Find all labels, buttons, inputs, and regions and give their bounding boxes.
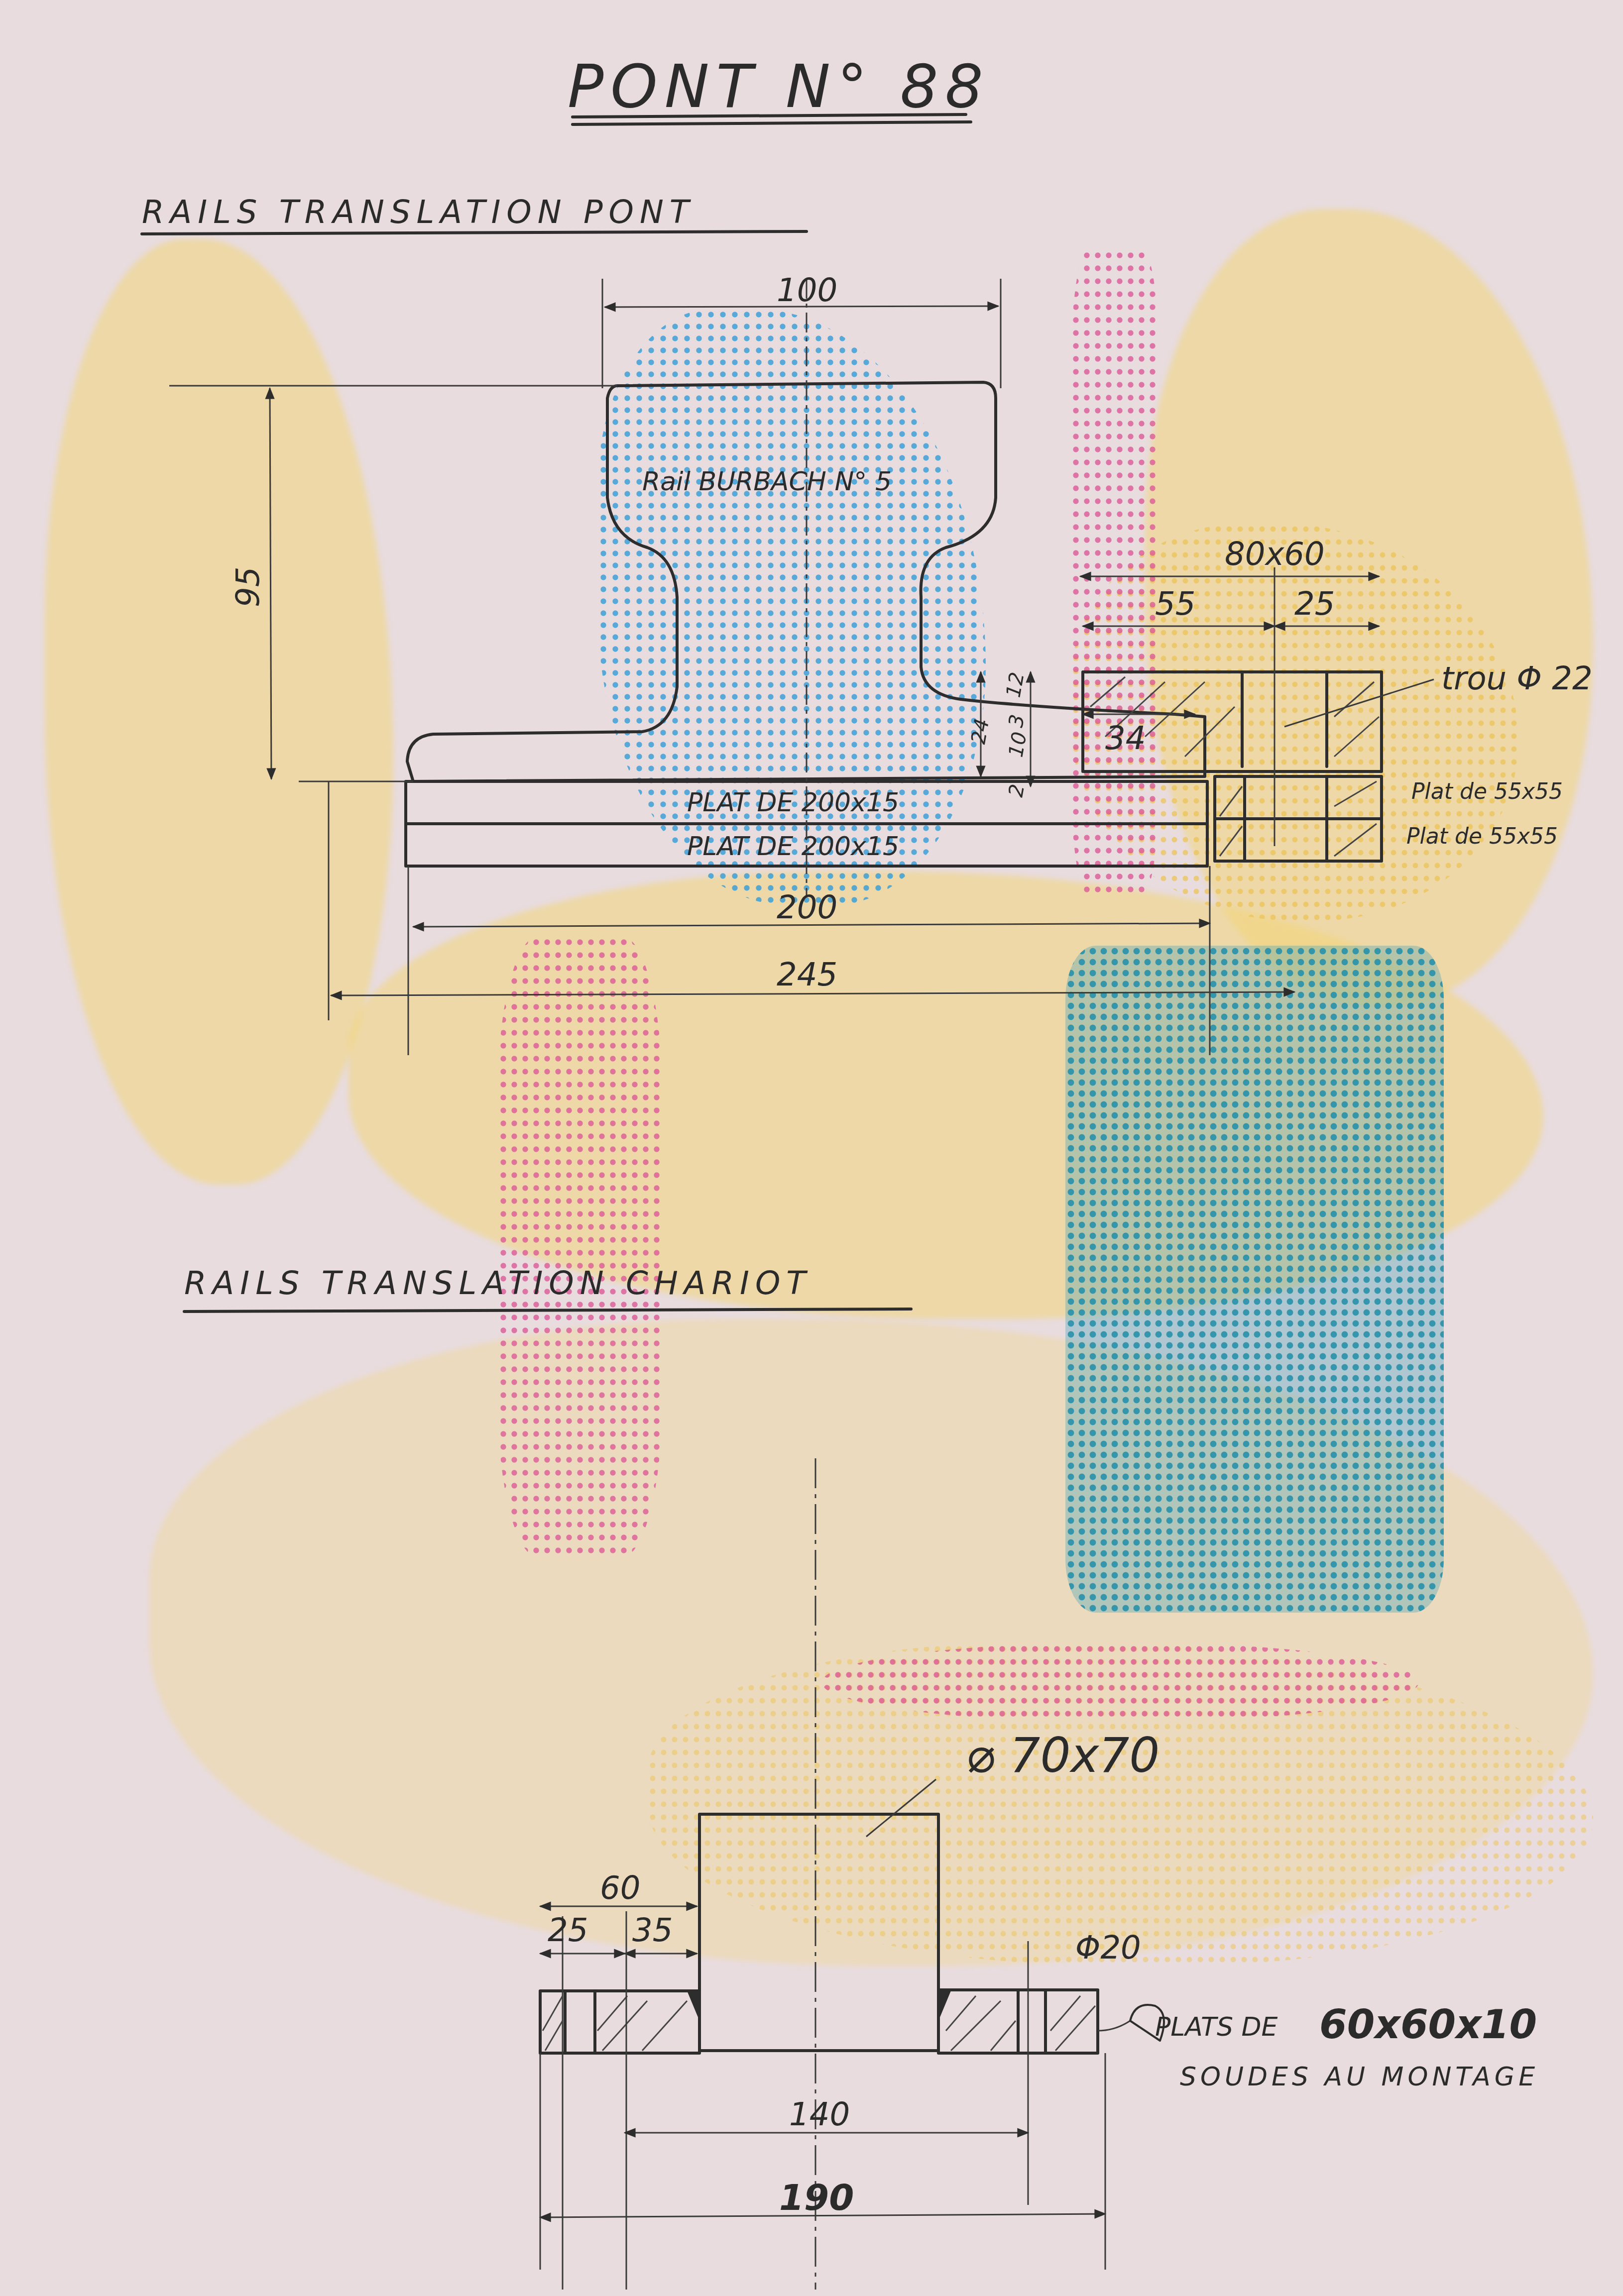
callout-plates-size: 60x60x10 xyxy=(1319,2001,1537,2048)
dim-height: 95 xyxy=(230,567,267,607)
drawing-title: PONT N° 88 xyxy=(568,52,990,121)
callout-plat-2: Plat de 55x55 xyxy=(1406,824,1558,849)
dim-plate-width: 200 xyxy=(777,889,837,926)
dim-2: 2 xyxy=(1005,782,1030,799)
plate-label-2: PLAT DE 200x15 xyxy=(687,832,899,862)
dim-24: 24 xyxy=(967,717,994,746)
rail-label: Rail BURBACH N° 5 xyxy=(642,467,892,497)
section-heading-pont: RAILS TRANSLATION PONT xyxy=(142,194,695,231)
dim-clip-size: 80x60 xyxy=(1225,536,1325,573)
dim-clip-right: 25 xyxy=(1294,586,1335,623)
callout-welding-note: SOUDES AU MONTAGE xyxy=(1180,2062,1539,2092)
dim-3: 3 xyxy=(1005,713,1030,729)
dim-clip-left: 55 xyxy=(1155,586,1195,623)
technical-drawing: PONT N° 88 RAILS TRANSLATION PONT Rail B… xyxy=(0,0,1623,2296)
dim-overall-width-chariot: 190 xyxy=(779,2177,854,2218)
dim-bar-size: ⌀ 70x70 xyxy=(966,1728,1159,1783)
dim-inner-width: 140 xyxy=(789,2096,850,2133)
plate-label-1: PLAT DE 200x15 xyxy=(687,788,899,818)
dim-flange-right: 35 xyxy=(632,1912,673,1949)
drawing-sheet: PONT N° 88 RAILS TRANSLATION PONT Rail B… xyxy=(0,0,1623,2296)
dim-head-width: 100 xyxy=(777,272,837,309)
dim-hole: Φ20 xyxy=(1075,1930,1141,1967)
dim-foot-offset: 34 xyxy=(1105,720,1146,757)
callout-hole: trou Φ 22 xyxy=(1441,660,1593,697)
clamp-clip: 80x60 55 25 34 xyxy=(1080,536,1382,861)
section-heading-chariot: RAILS TRANSLATION CHARIOT xyxy=(184,1265,811,1302)
dim-10: 10 xyxy=(1005,730,1032,759)
dim-12: 12 xyxy=(1002,670,1029,699)
dim-flange-total: 60 xyxy=(600,1870,640,1907)
callout-plat-1: Plat de 55x55 xyxy=(1411,779,1563,804)
callout-plates-label: PLATS DE xyxy=(1155,2012,1277,2042)
dim-overall-width: 245 xyxy=(777,957,837,993)
dim-flange-left: 25 xyxy=(548,1912,588,1949)
